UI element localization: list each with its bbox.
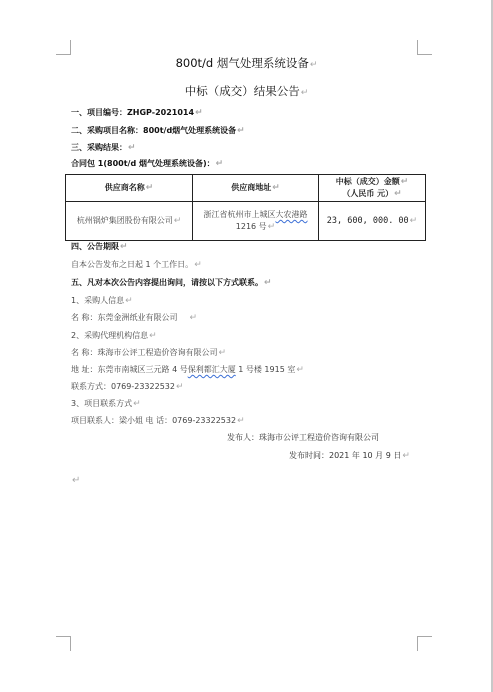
table-row: 杭州锅炉集团股份有限公司↵ 浙江省杭州市上城区大农港路1216 号↵ 23, 6… (66, 202, 426, 241)
publisher: 发布人：珠海市公评工程造价咨询有限公司 (227, 433, 379, 443)
margin-corner-bottom-left (56, 636, 71, 651)
spellcheck-underline: 大农港路 (276, 210, 308, 219)
project-name: 二、采购项目名称：800t/d烟气处理系统设备↵ (71, 126, 245, 136)
document-title: 800t/d 烟气处理系统设备↵ (0, 56, 493, 72)
paragraph-mark-icon: ↵ (301, 88, 309, 98)
paragraph-mark-icon: ↵ (310, 60, 318, 70)
margin-corner-top-right (417, 40, 432, 55)
header-award-amount: 中标（成交）金额↵（人民币 元）↵ (319, 175, 426, 202)
agency-contact: 联系方式：0769-23322532↵ (71, 382, 184, 392)
cell-supplier-name: 杭州锅炉集团股份有限公司↵ (66, 202, 193, 241)
cell-award-amount: 23, 600, 000. 00↵ (319, 202, 426, 241)
purchaser-name: 名 称：东莞金洲纸业有限公司↵ (71, 313, 197, 323)
notice-period-body: 自本公告发布之日起 1 个工作日。↵ (71, 260, 202, 270)
margin-corner-bottom-right (417, 636, 432, 651)
purchaser-heading: 1、采购人信息↵ (71, 296, 133, 306)
notice-period-heading: 四、公告期限↵ (71, 242, 128, 252)
header-supplier-address: 供应商地址↵ (193, 175, 319, 202)
empty-paragraph: ↵ (71, 476, 80, 486)
project-contact-heading: 3、项目联系方式↵ (71, 399, 141, 409)
margin-corner-top-left (56, 40, 71, 55)
contract-package: 合同包 1(800t/d 烟气处理系统设备)：↵ (71, 159, 223, 169)
header-supplier-name: 供应商名称↵ (66, 175, 193, 202)
agency-heading: 2、采购代理机构信息↵ (71, 331, 157, 341)
agency-name: 名 称：珠海市公评工程造价咨询有限公司↵ (71, 348, 226, 358)
result-table: 供应商名称↵ 供应商地址↵ 中标（成交）金额↵（人民币 元）↵ 杭州锅炉集团股份… (65, 174, 426, 241)
inquiry-heading: 五、凡对本次公告内容提出询问，请按以下方式联系。↵ (71, 278, 272, 288)
publish-date: 发布时间：2021 年 10 月 9 日↵ (289, 451, 410, 461)
project-number: 一、项目编号：ZHGP-2021014↵ (71, 108, 203, 118)
spellcheck-underline: 保利都汇大厦 (188, 365, 236, 374)
procurement-result-heading: 三、采购结果：↵ (71, 143, 136, 153)
paragraph-mark-icon: ↵ (72, 475, 80, 486)
document-subtitle: 中标（成交）结果公告↵ (0, 84, 493, 100)
agency-address: 地 址：东莞市南城区三元路 4 号保利都汇大厦 1 号楼 1915 室↵ (71, 365, 304, 375)
table-header-row: 供应商名称↵ 供应商地址↵ 中标（成交）金额↵（人民币 元）↵ (66, 175, 426, 202)
project-contact: 项目联系人：梁小姐 电 话：0769-23322532↵ (71, 416, 245, 426)
cell-supplier-address: 浙江省杭州市上城区大农港路1216 号↵ (193, 202, 319, 241)
